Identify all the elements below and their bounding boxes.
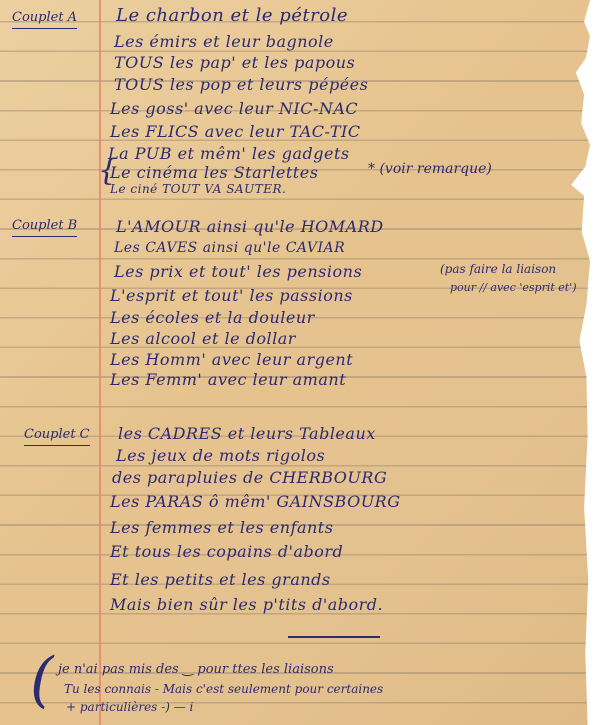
- couplet-a-line-4: TOUS les pop et leurs pépées: [114, 75, 368, 94]
- couplet-a-line-6: Les FLICS avec leur TAC-TIC: [110, 122, 361, 141]
- couplet-a-label: Couplet A: [12, 10, 77, 29]
- couplet-a-line-8: Le cinéma les Starlettes: [110, 163, 318, 182]
- couplet-b-line-1: L'AMOUR ainsi qu'le HOMARD: [116, 217, 384, 236]
- open-parenthesis-icon: (: [30, 650, 53, 710]
- couplet-b-line-6: Les alcool et le dollar: [110, 329, 296, 348]
- couplet-b-label: Couplet B: [12, 218, 77, 237]
- couplet-c-label: Couplet C: [24, 427, 90, 446]
- couplet-a-line-9: Le ciné TOUT VA SAUTER.: [110, 182, 286, 196]
- section-divider: [288, 636, 380, 638]
- footer-note-line-1: je n'ai pas mis des ‿ pour ttes les liai…: [58, 662, 334, 677]
- couplet-b-line-5: Les écoles et la douleur: [110, 308, 315, 327]
- couplet-a-line-2: Les émirs et leur bagnole: [114, 32, 334, 51]
- couplet-c-line-6: Et tous les copains d'abord: [110, 542, 343, 561]
- liaison-note-line-1: (pas faire la liaison: [440, 262, 556, 276]
- couplet-c-line-4: Les PARAS ô mêm' GAINSBOURG: [110, 492, 401, 511]
- footer-note-line-2: Tu les connais - Mais c'est seulement po…: [64, 682, 383, 696]
- couplet-a-line-5: Les goss' avec leur NIC-NAC: [110, 99, 358, 118]
- couplet-b-line-4: L'esprit et tout' les passions: [110, 286, 353, 305]
- margin-line: [99, 0, 101, 725]
- couplet-b-line-8: Les Femm' avec leur amant: [110, 370, 346, 389]
- couplet-c-line-2: Les jeux de mots rigolos: [116, 446, 325, 465]
- couplet-a-remark-note: * (voir remarque): [368, 161, 492, 177]
- couplet-b-line-2: Les CAVES ainsi qu'le CAVIAR: [114, 240, 345, 256]
- couplet-a-line-7: La PUB et mêm' les gadgets: [108, 144, 350, 163]
- couplet-c-line-5: Les femmes et les enfants: [110, 518, 333, 537]
- couplet-c-line-3: des parapluies de CHERBOURG: [112, 468, 387, 487]
- couplet-b-line-3: Les prix et tout' les pensions: [114, 262, 362, 281]
- liaison-note-line-2: pour // avec 'esprit et'): [450, 281, 577, 294]
- couplet-b-line-7: Les Homm' avec leur argent: [110, 350, 353, 369]
- couplet-a-line-3: TOUS les pap' et les papous: [114, 53, 355, 72]
- couplet-c-line-1: les CADRES et leurs Tableaux: [118, 424, 376, 443]
- couplet-c-line-8: Mais bien sûr les p'tits d'abord.: [110, 595, 383, 614]
- couplet-a-line-1: Le charbon et le pétrole: [116, 5, 348, 26]
- footer-note-line-3: + particulières -) — i: [66, 700, 193, 714]
- couplet-c-line-7: Et les petits et les grands: [110, 570, 331, 589]
